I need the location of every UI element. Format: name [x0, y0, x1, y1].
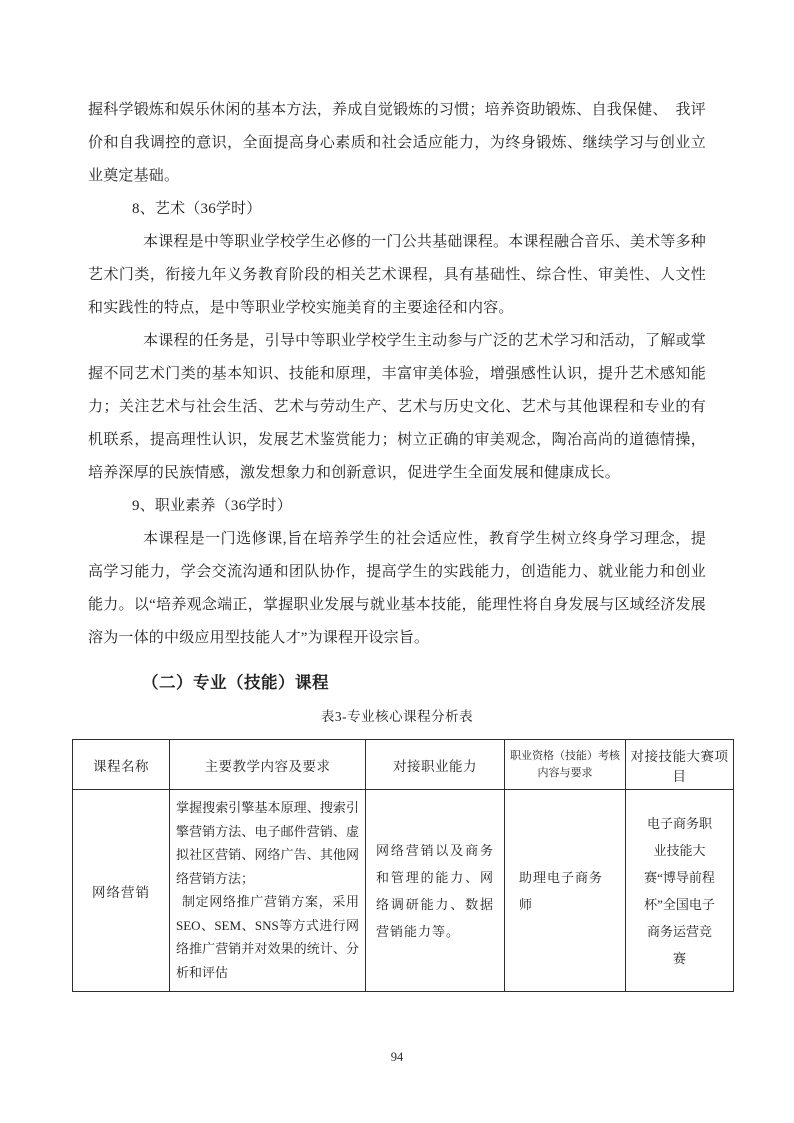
teaching-content-item-2: 制定网络推广营销方案，采用SEO、SEM、SNS等方式进行网络推广营销并对效果的… [176, 890, 359, 984]
core-course-analysis-table: 课程名称 主要教学内容及要求 对接职业能力 职业资格（技能）考核内容与要求 对接… [72, 739, 734, 992]
paragraph-art-intro: 本课程是中等职业学校学生必修的一门公共基础课程。本课程融合音乐、美术等多种艺术门… [88, 226, 706, 325]
cell-competition: 电子商务职业技能大赛“博导前程杯”全国电子商务运营竞赛 [626, 790, 734, 992]
table-row-network-marketing: 网络营销 掌握搜索引擎基本原理、搜索引擎营销方法、电子邮件营销、虚拟社区营销、网… [73, 790, 734, 992]
paragraph-continued-from-previous-page: 握科学锻炼和娱乐休闲的基本方法，养成自觉锻炼的习惯；培养资助锻炼、自我保健、 我… [88, 94, 706, 193]
paragraph-professional-quality: 本课程是一门选修课,旨在培养学生的社会适应性，教育学生树立终身学习理念，提高学习… [88, 523, 706, 655]
paragraph-art-tasks: 本课程的任务是，引导中等职业学校学生主动参与广泛的艺术学习和活动，了解或掌握不同… [88, 325, 706, 490]
column-header-qualification-exam: 职业资格（技能）考核内容与要求 [505, 740, 626, 790]
section-heading: （二）专业（技能）课程 [142, 669, 706, 693]
table-header-row: 课程名称 主要教学内容及要求 对接职业能力 职业资格（技能）考核内容与要求 对接… [73, 740, 734, 790]
cell-qualification: 助理电子商务师 [505, 790, 626, 992]
course-heading-art: 8、艺术（36学时） [88, 193, 706, 226]
cell-course-name: 网络营销 [73, 790, 170, 992]
cell-teaching-content: 掌握搜索引擎基本原理、搜索引擎营销方法、电子邮件营销、虚拟社区营销、网络广告、其… [170, 790, 366, 992]
course-heading-professional-quality: 9、职业素养（36学时） [88, 490, 706, 523]
column-header-course-name: 课程名称 [73, 740, 170, 790]
column-header-vocational-ability: 对接职业能力 [366, 740, 505, 790]
teaching-content-item-1: 掌握搜索引擎基本原理、搜索引擎营销方法、电子邮件营销、虚拟社区营销、网络广告、其… [176, 796, 359, 890]
document-page: 握科学锻炼和娱乐休闲的基本方法，养成自觉锻炼的习惯；培养资助锻炼、自我保健、 我… [0, 0, 794, 1123]
column-header-teaching-content: 主要教学内容及要求 [170, 740, 366, 790]
cell-vocational-ability: 网络营销以及商务和管理的能力、网络调研能力、数据营销能力等。 [366, 790, 505, 992]
page-number: 94 [88, 1050, 706, 1065]
column-header-skill-competition: 对接技能大赛项目 [626, 740, 734, 790]
text-content: 握科学锻炼和娱乐休闲的基本方法，养成自觉锻炼的习惯；培养资助锻炼、自我保健、 我… [0, 0, 794, 1065]
table-caption: 表3-专业核心课程分析表 [88, 705, 706, 725]
